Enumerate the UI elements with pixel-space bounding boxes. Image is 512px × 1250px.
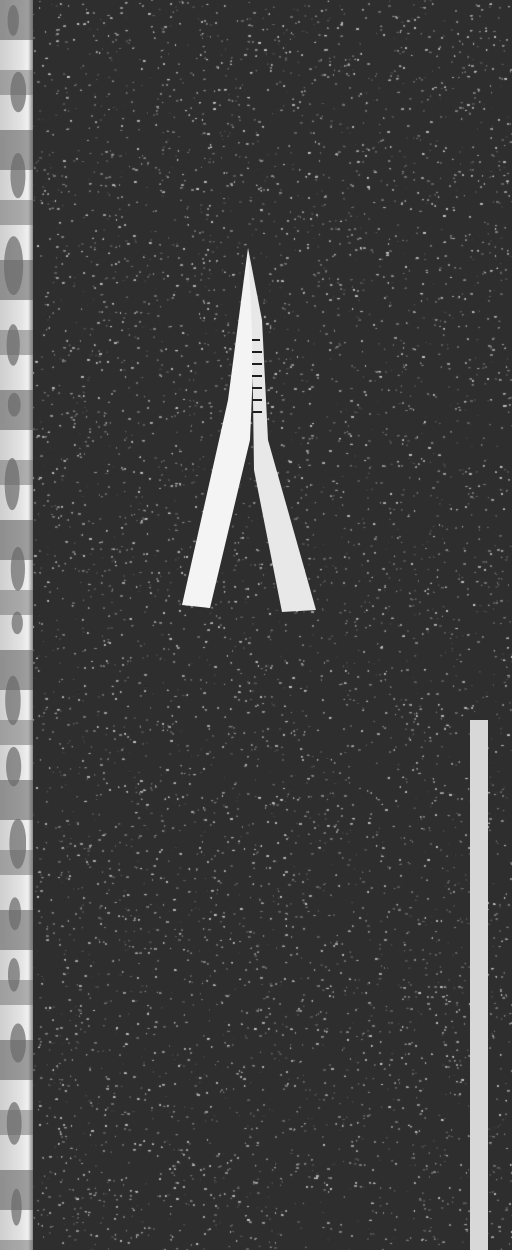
chevron-arrow-marking [0,0,512,1250]
road-scene [0,0,512,1250]
